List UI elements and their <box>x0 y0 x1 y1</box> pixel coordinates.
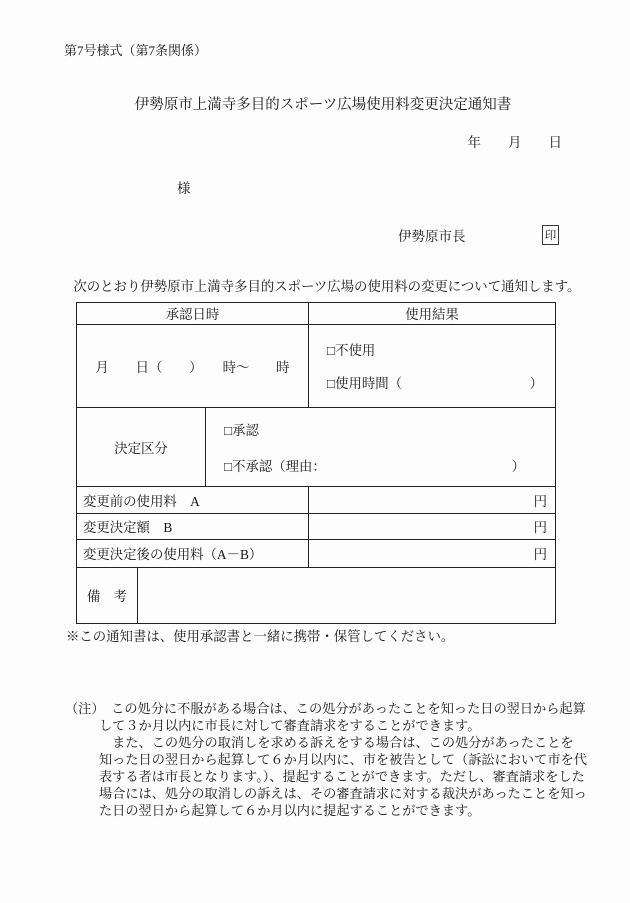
legal-note-block: （注） この処分に不服がある場合は、この処分があったことを知った日の翌日から起算… <box>65 700 587 819</box>
approval-datetime-row: 月 日（ ） 時～ 時 □不使用 □使用時間（ ） <box>77 325 555 408</box>
usage-result-cell: □不使用 □使用時間（ ） <box>309 325 555 407</box>
addressee-suffix: 様 <box>177 177 191 197</box>
checkbox-used-time-label: □使用時間（ <box>327 373 402 392</box>
fee-before-unit: 円 <box>534 491 547 510</box>
legal-note-line: また、この処分の取消しを求める訴えをする場合は、この処分があったことを <box>99 734 587 751</box>
document-title: 伊勢原市上満寺多目的スポーツ広場使用料変更決定通知書 <box>135 93 511 114</box>
fee-after-row: 変更決定後の使用料（A－B） 円 <box>77 540 555 568</box>
legal-note-line: 場合には、処分の取消しの訴えは、その審査請求に対する裁決があったことを知っ <box>99 785 587 802</box>
fee-after-label: 変更決定後の使用料（A－B） <box>77 540 309 567</box>
fee-before-row: 変更前の使用料 A 円 <box>77 487 555 514</box>
fee-change-table: 承認日時 使用結果 月 日（ ） 時～ 時 □不使用 □使用時間（ ） 決定区分… <box>76 302 556 624</box>
fee-after-value-cell: 円 <box>309 540 555 567</box>
checkbox-used-time: □使用時間（ ） <box>327 373 555 392</box>
remarks-label: 備 考 <box>77 568 138 623</box>
approval-datetime-header: 承認日時 <box>77 303 309 324</box>
fee-after-unit: 円 <box>534 544 547 563</box>
legal-note-line: 表する者は市長となります。）、提起することができます。ただし、審査請求をした <box>99 768 587 785</box>
legal-note-line: （注） この処分に不服がある場合は、この処分があったことを知った日の翌日から起算 <box>65 700 587 717</box>
seal-mark-label: 印 <box>545 227 557 243</box>
fee-decided-value-cell: 円 <box>309 514 555 539</box>
legal-note-line: 知った日の翌日から起算して６か月以内に、市を被告として（訴訟において市を代 <box>99 751 587 768</box>
checkbox-unused: □不使用 <box>327 340 555 359</box>
table-header-row: 承認日時 使用結果 <box>77 303 555 325</box>
date-blank-line: 年 月 日 <box>468 131 563 151</box>
legal-note-line: た日の翌日から起算して６か月以内に提起することができます。 <box>99 802 587 819</box>
checkbox-approved: □承認 <box>224 420 555 439</box>
checkbox-rejected: □不承認（理由： ） <box>224 456 555 475</box>
checkbox-rejected-label: □不承認（理由： <box>224 456 326 475</box>
form-number: 第7号様式（第7条関係） <box>64 40 207 59</box>
document-page: 第7号様式（第7条関係） 伊勢原市上満寺多目的スポーツ広場使用料変更決定通知書 … <box>0 0 630 903</box>
remarks-value-cell <box>138 568 555 623</box>
fee-decided-label: 変更決定額 B <box>77 514 309 539</box>
fee-before-label: 変更前の使用料 A <box>77 487 309 513</box>
usage-result-header: 使用結果 <box>309 303 555 324</box>
decision-label: 決定区分 <box>77 408 206 486</box>
issuer-title: 伊勢原市長 <box>398 225 466 245</box>
used-time-close-paren: ） <box>530 373 543 392</box>
decision-row: 決定区分 □承認 □不承認（理由： ） <box>77 408 555 487</box>
remarks-row: 備 考 <box>77 568 555 623</box>
seal-mark-icon: 印 <box>542 225 559 245</box>
fee-decided-unit: 円 <box>534 517 547 536</box>
fee-before-value-cell: 円 <box>309 487 555 513</box>
fee-decided-row: 変更決定額 B 円 <box>77 514 555 540</box>
keep-with-approval-note: ※この通知書は、使用承認書と一緒に携帯・保管してください。 <box>66 626 454 645</box>
approval-datetime-blank: 月 日（ ） 時～ 時 <box>77 325 309 407</box>
legal-note-line: して３か月以内に市長に対して審査請求をすることができます。 <box>99 717 587 734</box>
decision-options-cell: □承認 □不承認（理由： ） <box>206 408 555 486</box>
intro-sentence: 次のとおり伊勢原市上満寺多目的スポーツ広場の使用料の変更について通知します。 <box>60 276 580 295</box>
rejected-close-paren: ） <box>512 456 525 475</box>
